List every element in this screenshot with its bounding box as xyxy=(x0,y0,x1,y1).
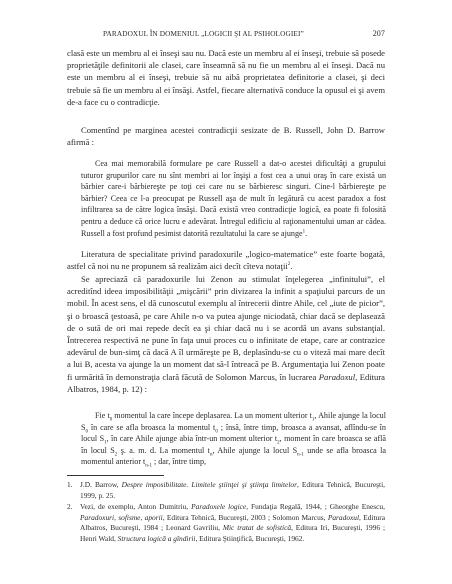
paragraph-4: Se apreciază că paradoxurile lui Zenon a… xyxy=(67,273,385,395)
footnote-ref-1[interactable]: 1 xyxy=(303,229,306,234)
footnote-divider xyxy=(67,475,164,476)
paragraph-3-text: Literatura de specialitate privind parad… xyxy=(67,249,385,271)
paragraph-1: clasă este un membru al ei înseşi sau nu… xyxy=(67,47,385,108)
paragraph-3: Literatura de specialitate privind parad… xyxy=(67,248,385,272)
footnote-1: 1. J.D. Barrow, Despre imposibilitate. L… xyxy=(67,480,385,501)
running-header: PARADOXUL ÎN DOMENIUL „LOGICII ŞI AL PSI… xyxy=(67,29,387,41)
quote-text: Cea mai memorabilă formulare pe care Rus… xyxy=(81,159,386,238)
footnote-number: 1. xyxy=(67,480,73,491)
page-number: 207 xyxy=(373,29,385,38)
footnote-2: 2. Vezi, de exemplu, Anton Dumitriu, Par… xyxy=(67,502,385,544)
book-title: Paradoxul xyxy=(319,372,355,382)
block-quote-marcus: Fie t0 momentul la care începe deplasare… xyxy=(81,410,386,468)
paragraph-2: Comentînd pe marginea acestei contradicţ… xyxy=(67,124,385,148)
paragraph-4-text: Se apreciază că paradoxurile lui Zenon a… xyxy=(67,274,385,382)
running-title: PARADOXUL ÎN DOMENIUL „LOGICII ŞI AL PSI… xyxy=(103,29,304,38)
footnote-ref-2[interactable]: 2 xyxy=(288,262,291,267)
footnote-number: 2. xyxy=(67,502,73,513)
block-quote-barrow: Cea mai memorabilă formulare pe care Rus… xyxy=(81,158,386,239)
footnote-text: Vezi, de exemplu, Anton Dumitriu, Parado… xyxy=(80,502,385,544)
footnote-text: J.D. Barrow, Despre imposibilitate. Limi… xyxy=(80,480,385,501)
